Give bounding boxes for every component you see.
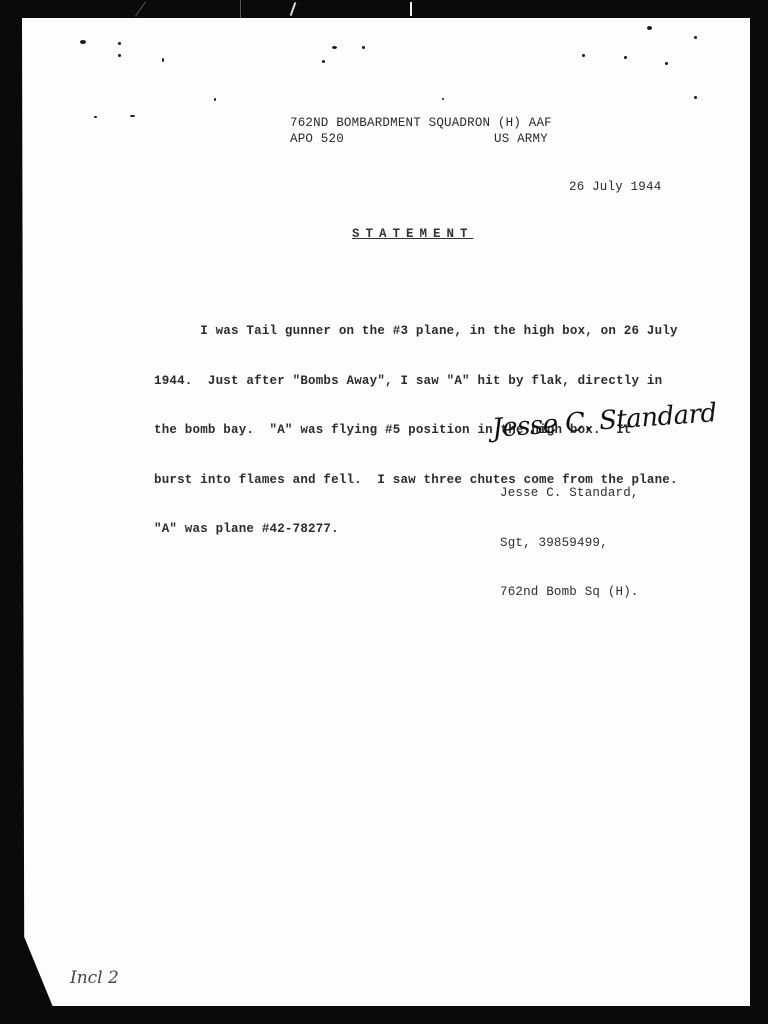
letterhead-branch: US ARMY [494, 131, 548, 147]
speck [214, 98, 216, 101]
signer-name: Jesse C. Standard, [500, 485, 639, 502]
speck [118, 42, 121, 45]
film-scratch [135, 1, 146, 16]
speck [322, 60, 325, 63]
document-title: STATEMENT [352, 226, 474, 242]
document-page: 762ND BOMBARDMENT SQUADRON (H) AAF APO 5… [22, 18, 750, 1006]
speck [94, 116, 97, 118]
signature-block: Jesse C. Standard, Sgt, 39859499, 762nd … [500, 452, 639, 634]
speck [442, 98, 444, 100]
speck [332, 46, 337, 49]
body-line: I was Tail gunner on the #3 plane, in th… [154, 323, 678, 340]
signer-unit: 762nd Bomb Sq (H). [500, 584, 639, 601]
film-scratch [410, 2, 412, 16]
film-scratch [290, 2, 297, 16]
letterhead-unit: 762ND BOMBARDMENT SQUADRON (H) AAF [290, 115, 552, 131]
speck [130, 115, 135, 117]
speck [362, 46, 365, 49]
speck [118, 54, 121, 57]
speck [694, 96, 697, 99]
speck [582, 54, 585, 57]
speck [694, 36, 697, 39]
speck [80, 40, 86, 44]
document-date: 26 July 1944 [569, 179, 661, 195]
speck [624, 56, 627, 59]
film-scratch [240, 0, 241, 18]
body-line: 1944. Just after "Bombs Away", I saw "A"… [154, 373, 678, 390]
speck [665, 62, 668, 65]
margin-note: Incl 2 [70, 968, 119, 988]
speck [162, 58, 164, 62]
letterhead-apo: APO 520 [290, 131, 344, 147]
speck [647, 26, 652, 30]
signer-rank-serial: Sgt, 39859499, [500, 535, 639, 552]
